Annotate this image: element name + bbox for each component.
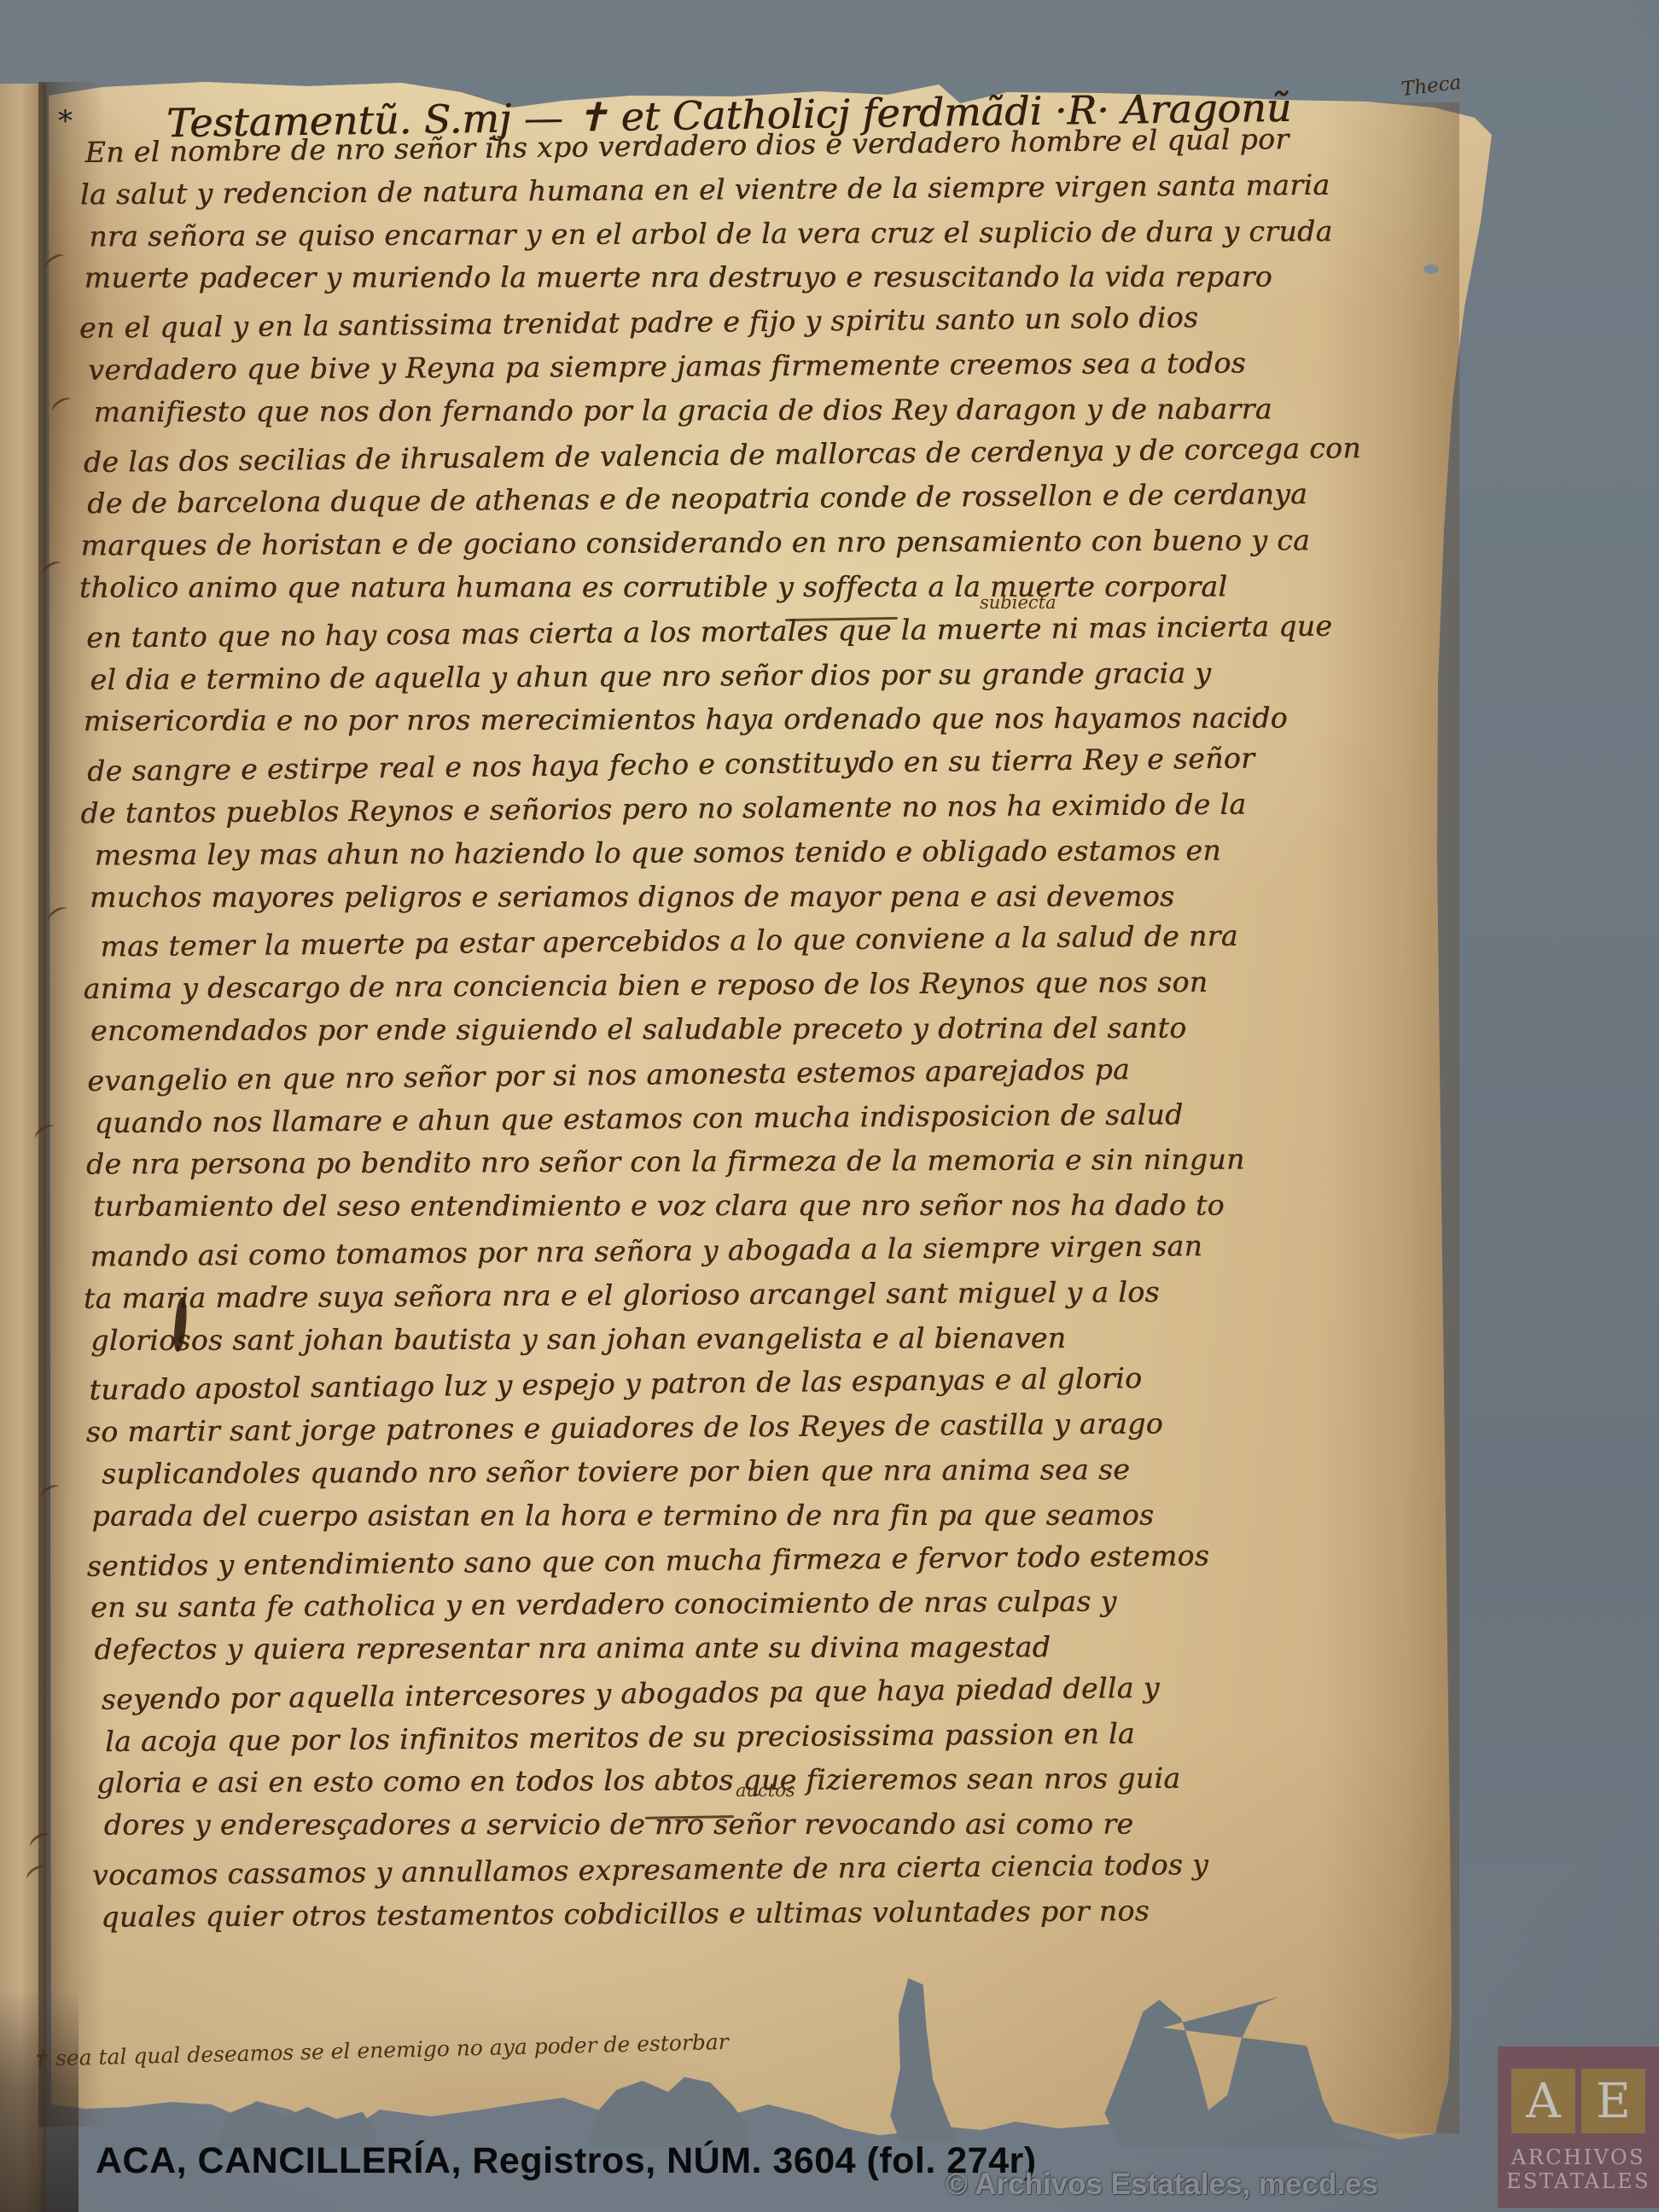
manuscript-line: suplicandoles quando nro señor toviere p…: [84, 1451, 1458, 1501]
logo-wordmark-line2: ESTATALES: [1506, 2169, 1650, 2193]
logo-tiles: A E: [1511, 2069, 1645, 2133]
manuscript-line: en su santa fe catholica y en verdadero …: [85, 1582, 1459, 1635]
manuscript-text-block: En el nombre de nro señor ihs xpo verdad…: [77, 124, 1462, 1944]
manuscript-line: anima y descargo de nra conciencia bien …: [82, 963, 1456, 1016]
manuscript-line: muchos mayores peligros e seriamos digno…: [81, 879, 1455, 924]
archive-reference-caption: ACA, CANCILLERÍA, Registros, NÚM. 3604 (…: [96, 2140, 1037, 2182]
manuscript-line: turbamiento del seso entendimiento e voz…: [83, 1188, 1457, 1233]
copyright-watermark: © Archivos Estatales, mecd.es: [946, 2168, 1378, 2202]
manuscript-line: verdadero que bive y Reyna pa siempre ja…: [78, 345, 1452, 398]
logo-letter-e: E: [1581, 2069, 1645, 2133]
book-gutter-page-edge: [0, 84, 46, 2212]
manuscript-line: de nra persona po bendito nro señor con …: [83, 1142, 1457, 1192]
margin-asterisk-mark: *: [58, 104, 73, 138]
archivos-estatales-logo: A E ARCHIVOS ESTATALES: [1498, 2046, 1659, 2208]
manuscript-line: dores y enderesçadores a servicio de nro…: [87, 1807, 1461, 1853]
manuscript-line: muerte padecer y muriendo la muerte nra …: [78, 260, 1452, 306]
manuscript-line: tholico animo que natura humana es corru…: [79, 569, 1453, 614]
manuscript-line: marques de horistan e de gociano conside…: [79, 523, 1452, 573]
archive-photo-viewer: * Testamentũ. S.mj — ✝ et Catholicj ferd…: [0, 0, 1659, 2212]
logo-letter-a: A: [1511, 2069, 1575, 2133]
manuscript-line: parada del cuerpo asistan en la hora e t…: [84, 1498, 1458, 1543]
manuscript-line: ta maria madre suya señora nra e el glor…: [84, 1273, 1458, 1326]
logo-wordmark: ARCHIVOS ESTATALES: [1506, 2145, 1650, 2193]
manuscript-corner-note: Theca: [1400, 72, 1463, 101]
repair-speck: [1423, 265, 1439, 274]
manuscript-line: nra señora se quiso encarnar y en el arb…: [77, 213, 1451, 264]
logo-wordmark-line1: ARCHIVOS: [1506, 2145, 1650, 2169]
manuscript-line: quales quier otros testamentos cobdicill…: [87, 1892, 1461, 1945]
interlinear-correction: subiecta: [980, 592, 1057, 613]
manuscript-line: mesma ley mas ahun no haziendo lo que so…: [81, 832, 1455, 882]
manuscript-line: el dia e termino de aquella y ahun que n…: [79, 655, 1453, 707]
book-edge-shadow: [0, 1988, 79, 2212]
interlinear-correction: auctos: [736, 1780, 795, 1801]
